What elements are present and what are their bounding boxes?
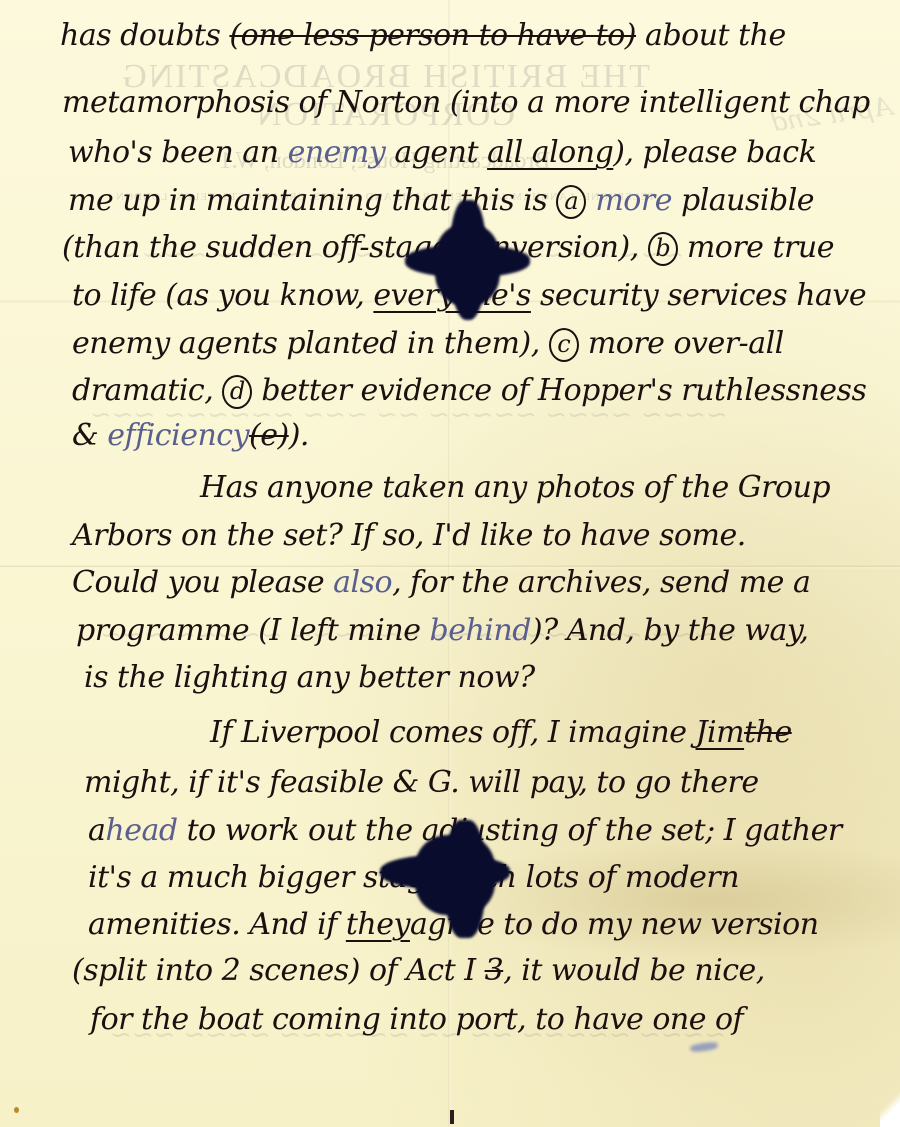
struck-text: (one less person to have to) (229, 18, 636, 53)
letter-line-13: programme (I left mine behind)? And, by … (76, 613, 808, 648)
text-segment: Could you please (72, 565, 333, 600)
blue-ink-text: enemy (288, 135, 386, 170)
circled-letter: d (222, 375, 252, 409)
text-segment: me up in maintaining that this is (68, 183, 556, 218)
letter-line-10: Has anyone taken any photos of the Group (200, 470, 830, 505)
letter-line-16: might, if it's feasible & G. will pay, t… (84, 765, 759, 800)
underlined-text: Jim (696, 715, 745, 750)
underlined-text: all along (487, 135, 613, 170)
letter-line-9: & efficiency(e)). (72, 418, 309, 453)
text-segment: ). (289, 418, 309, 453)
letter-line-21: for the boat coming into port, to have o… (90, 1002, 743, 1037)
text-segment: better evidence of Hopper's ruthlessness (252, 373, 866, 408)
text-segment: to do my new version (494, 907, 818, 942)
text-segment: programme (I left mine (76, 613, 430, 648)
text-segment: )? And, by the way, (531, 613, 809, 648)
blue-ink-text: more (586, 183, 672, 218)
letter-line-2: metamorphosis of Norton (into a more int… (62, 85, 870, 120)
text-segment: who's been an (68, 135, 288, 170)
text-segment: more true (678, 230, 834, 265)
text-segment: to work out the adjusting of the set; I … (178, 813, 842, 848)
letter-line-1: has doubts (one less person to have to) … (60, 18, 786, 53)
text-segment: ), please back (613, 135, 816, 170)
letter-line-8: dramatic, d better evidence of Hopper's … (72, 373, 866, 409)
text-segment: If Liverpool comes off, I imagine (210, 715, 696, 750)
letter-line-3: who's been an enemy agent all along), pl… (68, 135, 816, 170)
letter-line-7: enemy agents planted in them), c more ov… (72, 326, 784, 362)
circled-letter: a (556, 185, 586, 219)
letter-line-20: (split into 2 scenes) of Act I 3, it wou… (72, 953, 765, 988)
circled-letter: b (648, 232, 678, 266)
struck-text: (e) (249, 418, 289, 453)
text-segment: more over-all (579, 326, 784, 361)
blue-ink-text: also (333, 565, 392, 600)
text-segment: dramatic, (72, 373, 222, 408)
text-segment: , it would be nice, (503, 953, 765, 988)
text-segment: enemy agents planted in them), (72, 326, 549, 361)
fold-mark (450, 1110, 454, 1124)
torn-corner (880, 1087, 900, 1127)
text-segment: (than the sudden off-stage (62, 230, 458, 265)
letter-line-14: is the lighting any better now? (84, 660, 535, 695)
struck-text: 3 (485, 953, 504, 988)
text-segment: amenities. And if (88, 907, 346, 942)
text-segment: , for the archives, send me a (392, 565, 810, 600)
text-segment: plausible (672, 183, 814, 218)
text-segment: security services have (531, 278, 866, 313)
text-segment: agent (385, 135, 487, 170)
text-segment: a (88, 813, 105, 848)
text-segment: (split into 2 scenes) of Act I (72, 953, 485, 988)
text-segment: it's a much bigger (88, 860, 363, 895)
text-segment: to life (as you know, (72, 278, 373, 313)
underlined-text: they (346, 907, 410, 942)
circled-letter: c (549, 328, 579, 362)
letter-line-4: me up in maintaining that this is a more… (68, 183, 814, 219)
text-segment: ), (619, 230, 648, 265)
blue-ink-text: efficiency (107, 418, 249, 453)
text-segment: has doubts (60, 18, 229, 53)
blue-ink-text: head (105, 813, 177, 848)
letter-line-11: Arbors on the set? If so, I'd like to ha… (72, 518, 746, 553)
blue-ink-text: behind (430, 613, 531, 648)
struck-text: the (744, 715, 792, 750)
text-segment: about the (636, 18, 786, 53)
paper-speck (14, 1107, 19, 1113)
letter-line-15: If Liverpool comes off, I imagine Jimthe (210, 715, 792, 750)
letter-body: has doubts (one less person to have to) … (0, 0, 900, 1127)
letter-line-12: Could you please also, for the archives,… (72, 565, 810, 600)
text-segment: & (72, 418, 107, 453)
